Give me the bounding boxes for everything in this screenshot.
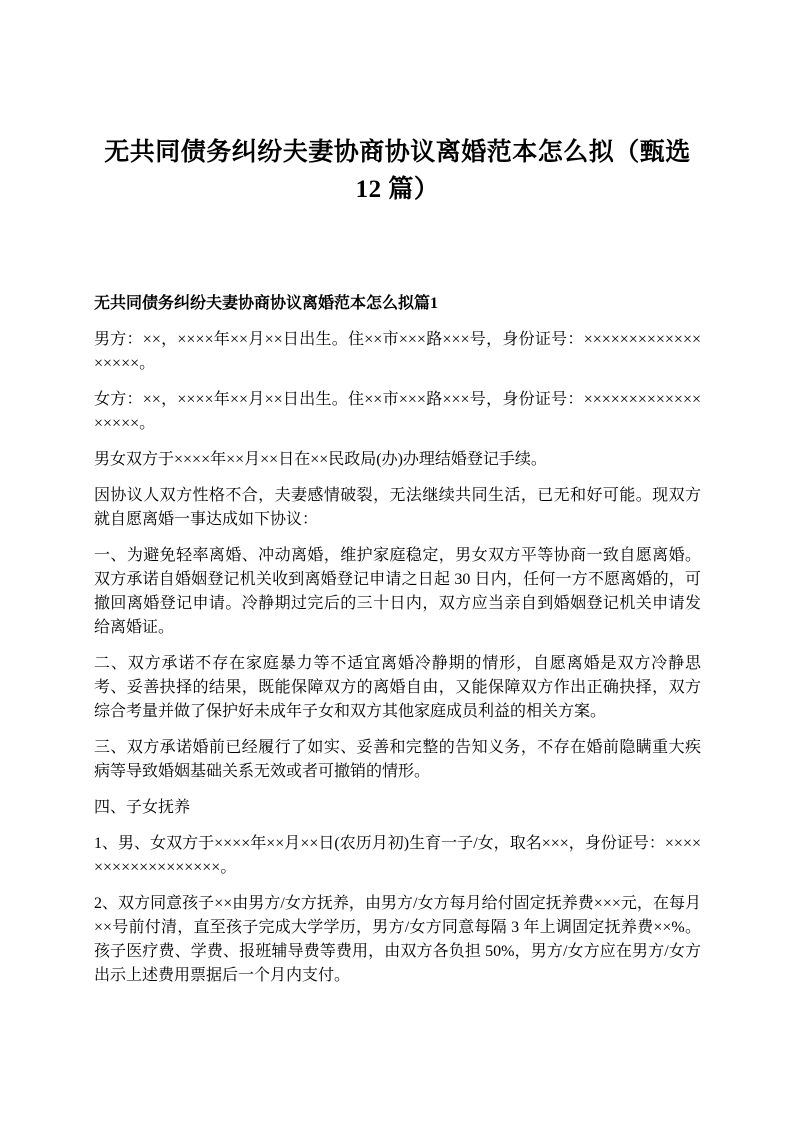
document-title: 无共同债务纠纷夫妻协商协议离婚范本怎么拟（甄选 12 篇）: [94, 134, 701, 208]
paragraph-clause-2-no-domestic-violence: 二、双方承诺不存在家庭暴力等不适宜离婚冷静期的情形，自愿离婚是双方冷静思考、妥善…: [94, 652, 701, 724]
paragraph-husband-info: 男方：××，××××年××月××日出生。住××市×××路×××号，身份证号：××…: [94, 328, 701, 376]
paragraph-wife-info: 女方：××，××××年××月××日出生。住××市×××路×××号，身份证号：××…: [94, 388, 701, 436]
paragraph-child-support-fee: 2、双方同意孩子××由男方/女方抚养，由男方/女方每月给付固定抚养费×××元，在…: [94, 892, 701, 988]
paragraph-divorce-reason: 因协议人双方性格不合，夫妻感情破裂，无法继续共同生活，已无和好可能。现双方就自愿…: [94, 484, 701, 532]
document-page: 无共同债务纠纷夫妻协商协议离婚范本怎么拟（甄选 12 篇） 无共同债务纠纷夫妻协…: [0, 0, 793, 1122]
paragraph-clause-1-voluntary-divorce: 一、为避免轻率离婚、冲动离婚，维护家庭稳定，男女双方平等协商一致自愿离婚。双方承…: [94, 544, 701, 640]
paragraph-clause-3-premarital-disclosure: 三、双方承诺婚前已经履行了如实、妥善和完整的告知义务，不存在婚前隐瞒重大疾病等导…: [94, 736, 701, 784]
paragraph-clause-4-child-custody-heading: 四、子女抚养: [94, 796, 701, 820]
paragraph-child-birth-info: 1、男、女双方于××××年××月××日(农历月初)生育一子/女，取名×××，身份…: [94, 832, 701, 880]
paragraph-marriage-registration: 男女双方于××××年××月××日在××民政局(办)办理结婚登记手续。: [94, 448, 701, 472]
section-heading-part-1: 无共同债务纠纷夫妻协商协议离婚范本怎么拟篇1: [94, 292, 701, 316]
